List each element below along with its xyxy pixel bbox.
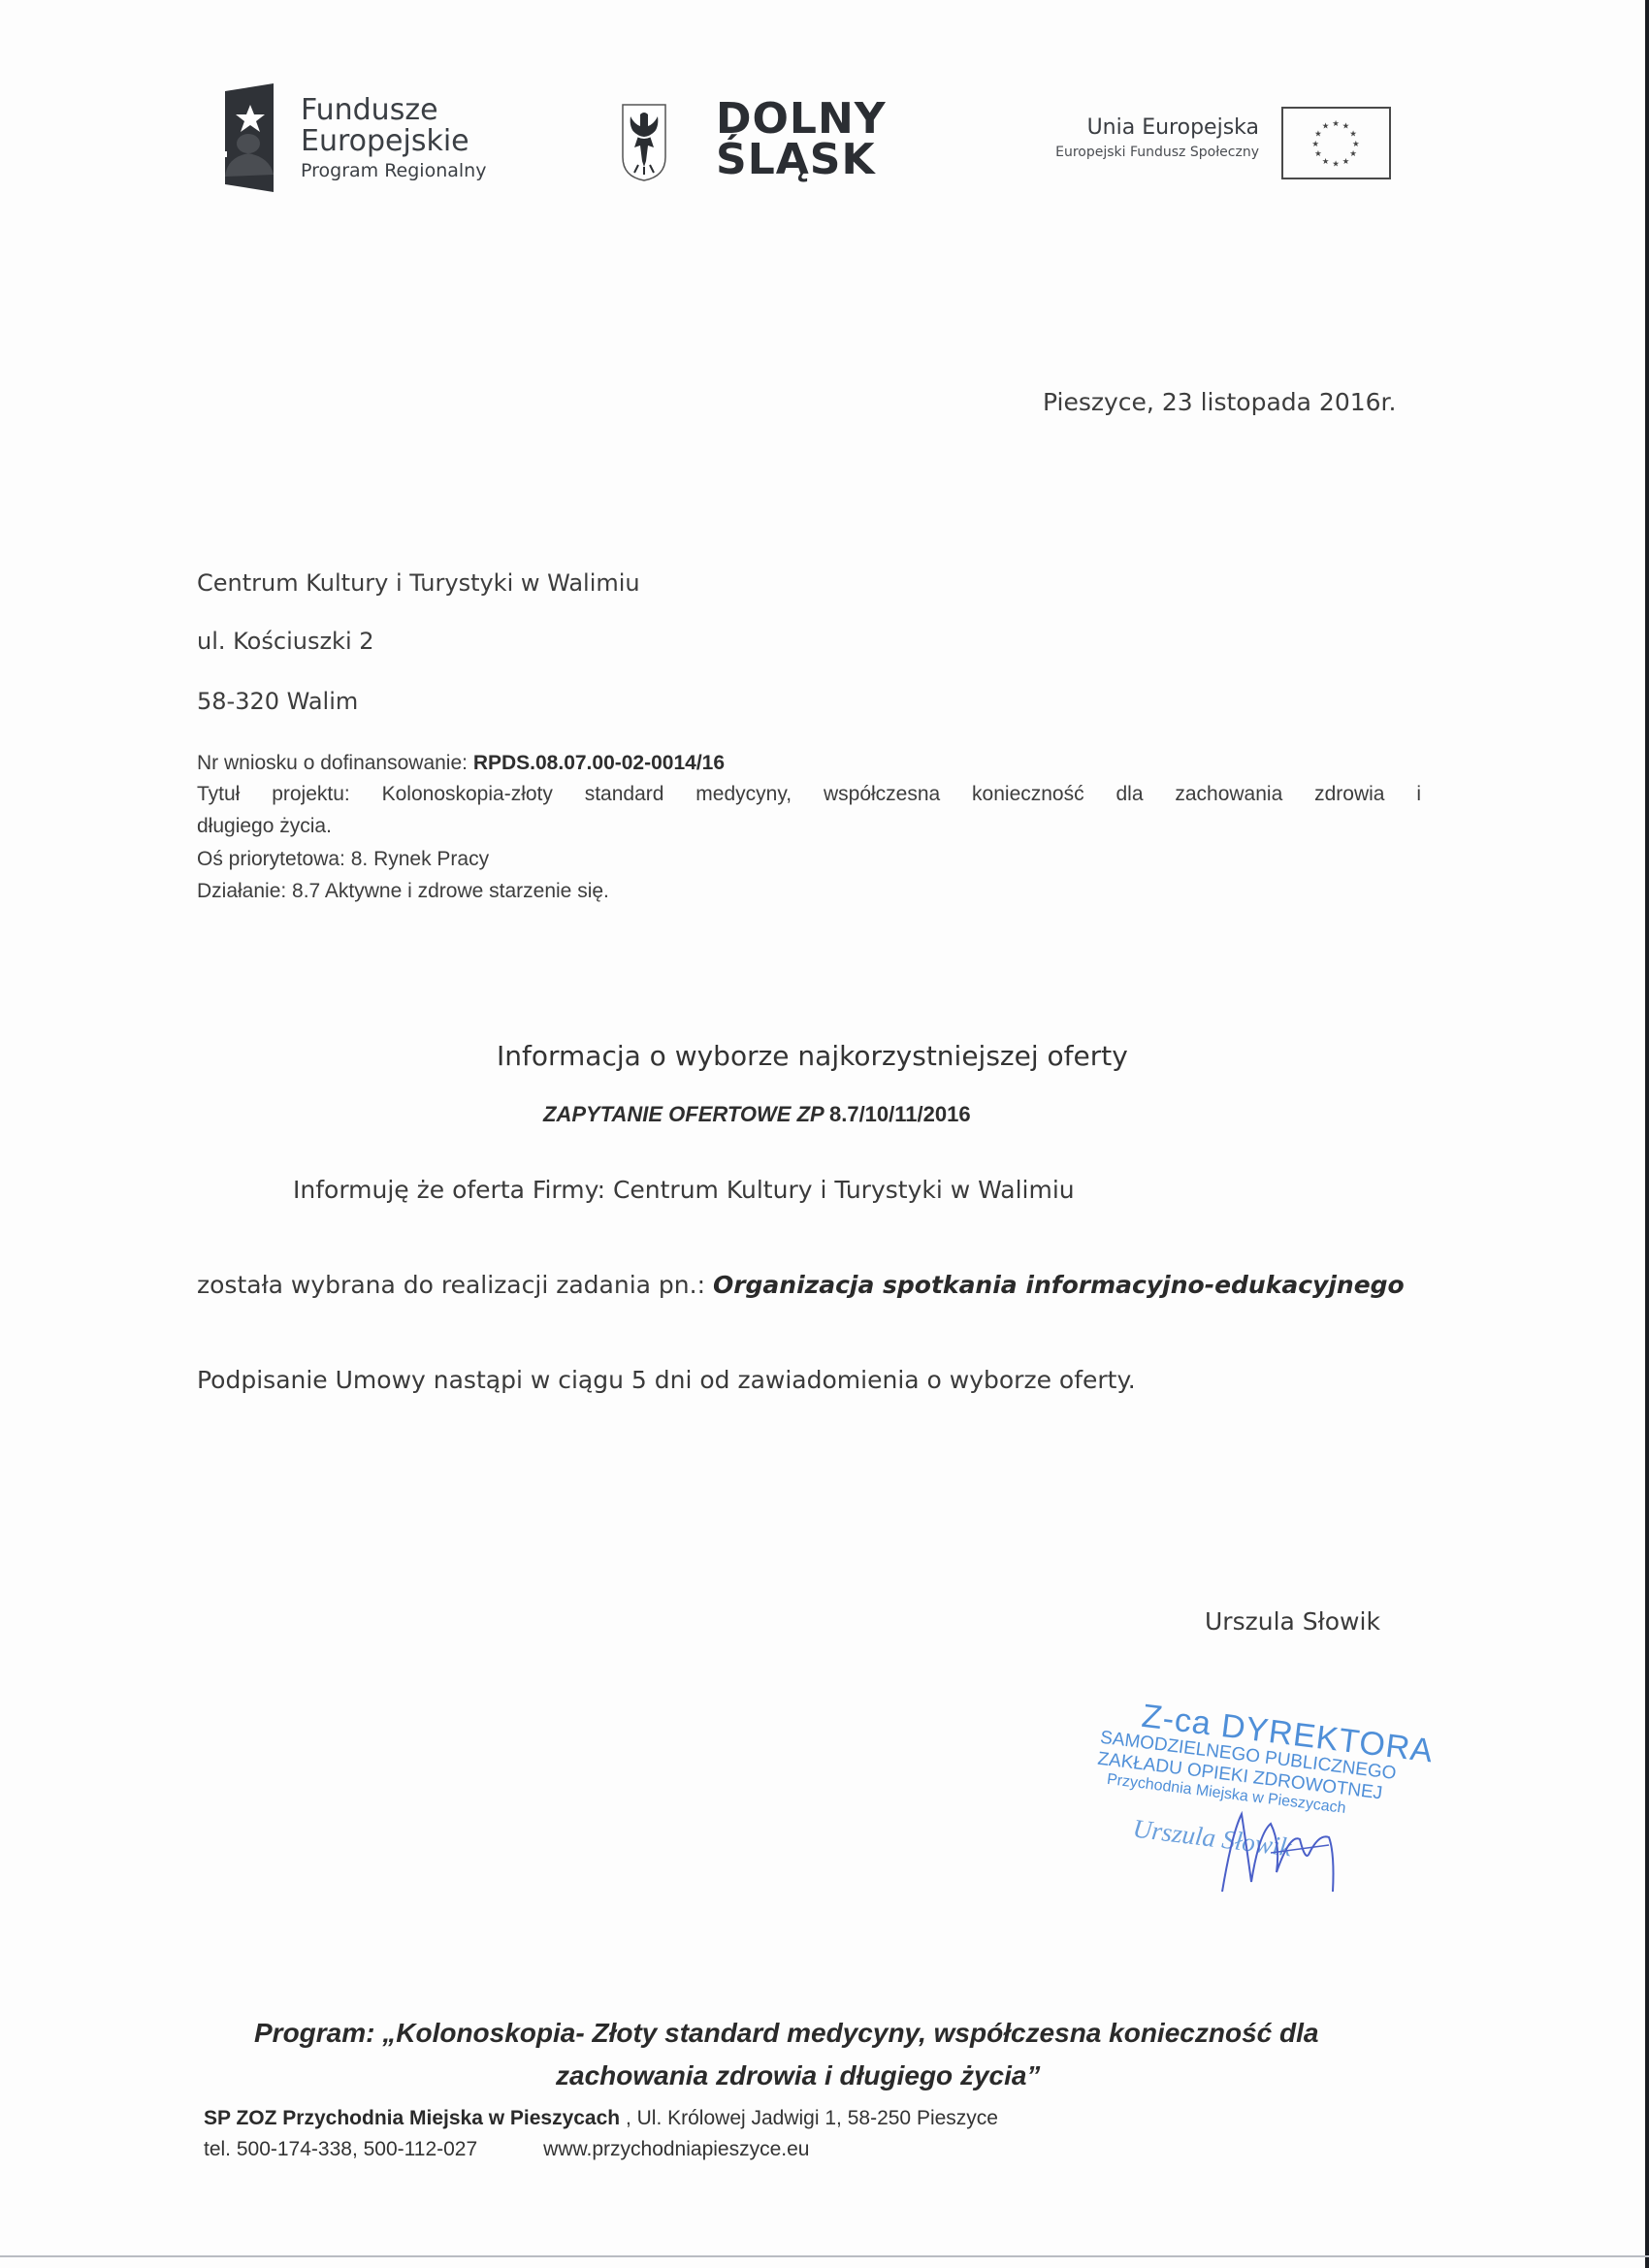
svg-text:★: ★: [1352, 140, 1360, 149]
svg-text:★: ★: [1314, 149, 1322, 159]
priority-axis: Oś priorytetowa: 8. Rynek Pracy: [197, 848, 489, 871]
selected-task-line: została wybrana do realizacji zadania pn…: [197, 1271, 1405, 1299]
svg-text:★: ★: [1332, 160, 1340, 170]
selected-task: Organizacja spotkania informacyjno-eduka…: [713, 1271, 1405, 1299]
inquiry-reference: ZAPYTANIE OFERTOWE ZP 8.7/10/11/2016: [543, 1102, 971, 1127]
phone-numbers: tel. 500-174-338, 500-112-027: [204, 2138, 477, 2160]
application-number-line: Nr wniosku o dofinansowanie: RPDS.08.07.…: [197, 752, 725, 775]
project-title-line2: długiego życia.: [197, 815, 332, 838]
svg-text:★: ★: [1349, 129, 1357, 139]
application-number: RPDS.08.07.00-02-0014/16: [473, 752, 725, 774]
project-title-line1: Tytuł projektu: Kolonoskopia-złoty stand…: [197, 783, 1421, 806]
fundusze-europejskie-logo-text: Fundusze Europejskie Program Regionalny: [301, 95, 486, 184]
organization-name: SP ZOZ Przychodnia Miejska w Pieszycach: [204, 2107, 620, 2129]
svg-text:★: ★: [1342, 157, 1350, 167]
unia-europejska-logo-text: Unia Europejska Europejski Fundusz Społe…: [999, 114, 1259, 163]
letter-page: Fundusze Europejskie Program Regionalny …: [0, 0, 1649, 2268]
silesian-eagle-crest-icon: [621, 103, 667, 182]
svg-text:★: ★: [1311, 140, 1319, 149]
organization-address: SP ZOZ Przychodnia Miejska w Pieszycach …: [204, 2107, 998, 2130]
fundusze-europejskie-star-icon: [221, 83, 277, 192]
program-title-line2: zachowania zdrowia i długiego życia”: [556, 2060, 1040, 2091]
action: Działanie: 8.7 Aktywne i zdrowe starzeni…: [197, 880, 609, 903]
svg-text:★: ★: [1349, 149, 1357, 159]
svg-text:★: ★: [1332, 119, 1340, 129]
inform-line: Informuję że oferta Firmy: Centrum Kultu…: [293, 1176, 1075, 1204]
recipient-name: Centrum Kultury i Turystyki w Walimiu: [197, 569, 640, 597]
recipient-city: 58-320 Walim: [197, 688, 358, 715]
program-title-line1: Program: „Kolonoskopia- Złoty standard m…: [254, 2018, 1318, 2049]
contact-line: tel. 500-174-338, 500-112-027www.przycho…: [204, 2138, 809, 2161]
dolny-slask-logo-text: DOLNY ŚLĄSK: [716, 99, 887, 180]
recipient-street: ul. Kościuszki 2: [197, 628, 374, 655]
signer-name: Urszula Słowik: [1205, 1607, 1380, 1636]
svg-text:★: ★: [1322, 157, 1330, 167]
eu-flag-stars-icon: ★★★★★★★★★★★★: [1281, 107, 1391, 179]
handwritten-signature: [1212, 1795, 1377, 1901]
signing-note: Podpisanie Umowy nastąpi w ciągu 5 dni o…: [197, 1366, 1136, 1394]
svg-text:★: ★: [1322, 122, 1330, 132]
letter-date: Pieszyce, 23 listopada 2016r.: [1043, 388, 1396, 416]
scan-edge: [1645, 0, 1649, 2268]
document-heading: Informacja o wyborze najkorzystniejszej …: [497, 1040, 1128, 1072]
selected-company: Centrum Kultury i Turystyki w Walimiu: [613, 1176, 1075, 1204]
website-link[interactable]: www.przychodniapieszyce.eu: [543, 2138, 809, 2160]
scan-edge-bottom: [0, 2255, 1649, 2257]
